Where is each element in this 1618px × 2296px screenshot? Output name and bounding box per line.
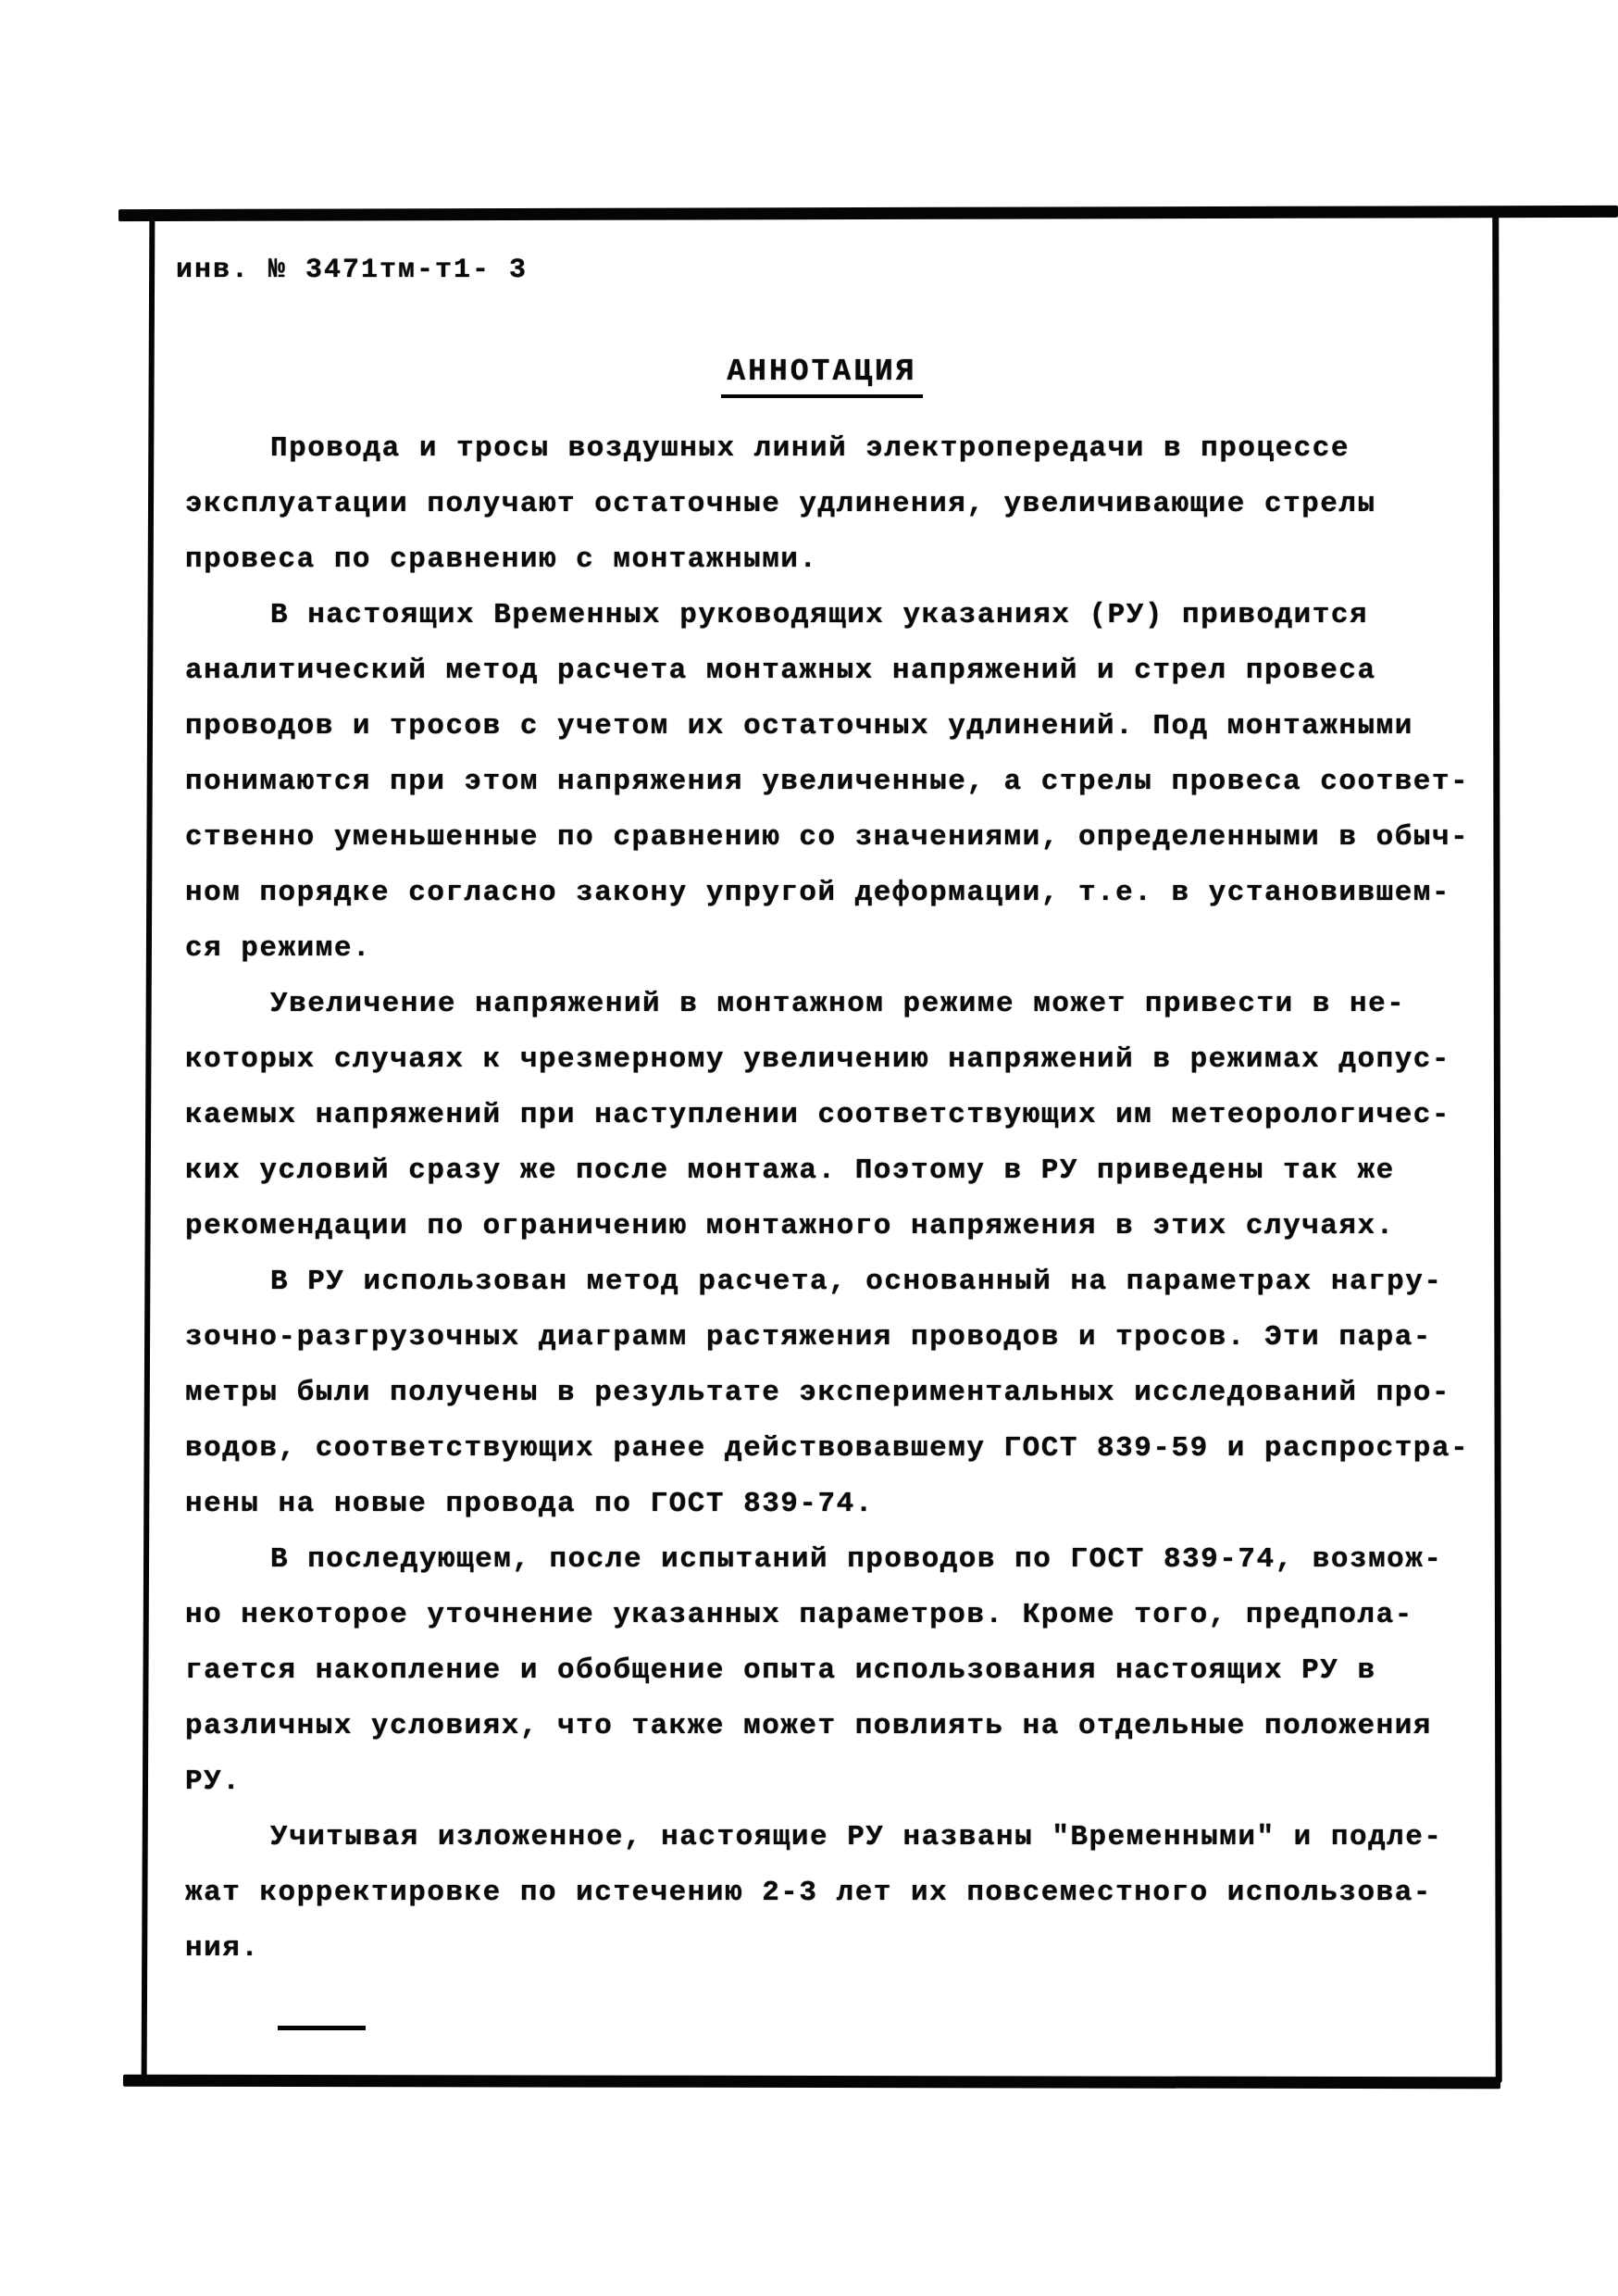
text-line: ном порядке согласно закону упругой дефо…	[185, 866, 1500, 921]
text-line: зочно-разгрузочных диаграмм растяжения п…	[185, 1310, 1500, 1366]
text-line: Учитывая изложенное, настоящие РУ назван…	[185, 1810, 1500, 1865]
title-row: АННОТАЦИЯ	[148, 355, 1496, 398]
text-line: Увеличение напряжений в монтажном режиме…	[185, 977, 1500, 1032]
body-text: Провода и тросы воздушных линий электроп…	[185, 421, 1500, 1977]
scanned-page: инв. № 3471тм-т1- 3 АННОТАЦИЯ Провода и …	[0, 0, 1618, 2296]
text-line: РУ.	[185, 1754, 1500, 1810]
frame-border-top	[118, 206, 1618, 221]
text-line: ся режиме.	[185, 921, 1500, 977]
text-line: но некоторое уточнение указанных парамет…	[185, 1588, 1500, 1643]
text-line: В последующем, после испытаний проводов …	[185, 1532, 1500, 1588]
text-line: В настоящих Временных руководящих указан…	[185, 588, 1500, 643]
text-line: метры были получены в результате экспери…	[185, 1366, 1500, 1421]
frame-border-left	[142, 211, 156, 2083]
frame-border-bottom	[123, 2075, 1500, 2090]
text-line: гается накопление и обобщение опыта испо…	[185, 1643, 1500, 1699]
text-line: Провода и тросы воздушных линий электроп…	[185, 421, 1500, 477]
page-title: АННОТАЦИЯ	[721, 355, 922, 398]
text-line: ния.	[185, 1921, 1500, 1977]
text-line: проводов и тросов с учетом их остаточных…	[185, 699, 1500, 755]
text-line: эксплуатации получают остаточные удлинен…	[185, 477, 1500, 532]
text-line: ких условий сразу же после монтажа. Поэт…	[185, 1143, 1500, 1199]
signature-rule	[278, 2026, 366, 2030]
text-line: В РУ использован метод расчета, основанн…	[185, 1254, 1500, 1310]
text-line: нены на новые провода по ГОСТ 839-74.	[185, 1477, 1500, 1532]
text-line: аналитический метод расчета монтажных на…	[185, 643, 1500, 699]
text-line: которых случаях к чрезмерному увеличению…	[185, 1032, 1500, 1088]
text-line: ственно уменьшенные по сравнению со знач…	[185, 810, 1500, 866]
text-line: провеса по сравнению с монтажными.	[185, 532, 1500, 588]
inventory-number: инв. № 3471тм-т1- 3	[176, 255, 528, 286]
text-line: рекомендации по ограничению монтажного н…	[185, 1199, 1500, 1254]
text-line: понимаются при этом напряжения увеличенн…	[185, 755, 1500, 810]
text-line: различных условиях, что также может повл…	[185, 1699, 1500, 1754]
text-line: водов, соответствующих ранее действовавш…	[185, 1421, 1500, 1477]
text-line: жат корректировке по истечению 2-3 лет и…	[185, 1865, 1500, 1921]
text-line: каемых напряжений при наступлении соотве…	[185, 1088, 1500, 1143]
